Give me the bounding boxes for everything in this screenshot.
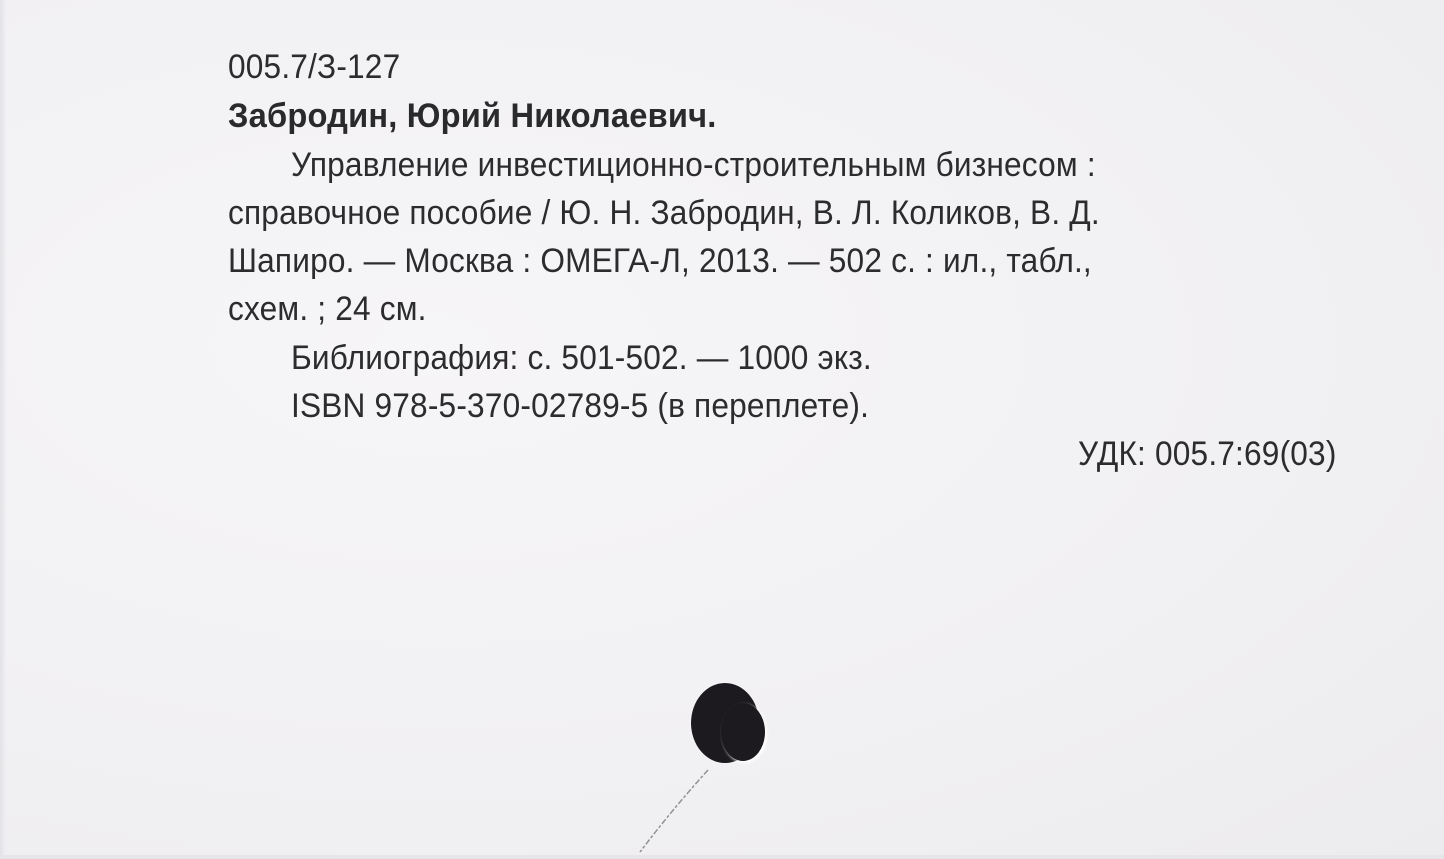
thread-line [0,0,1444,859]
catalog-card: 005.7/З-127 Забродин, Юрий Николаевич. У… [0,0,1444,859]
